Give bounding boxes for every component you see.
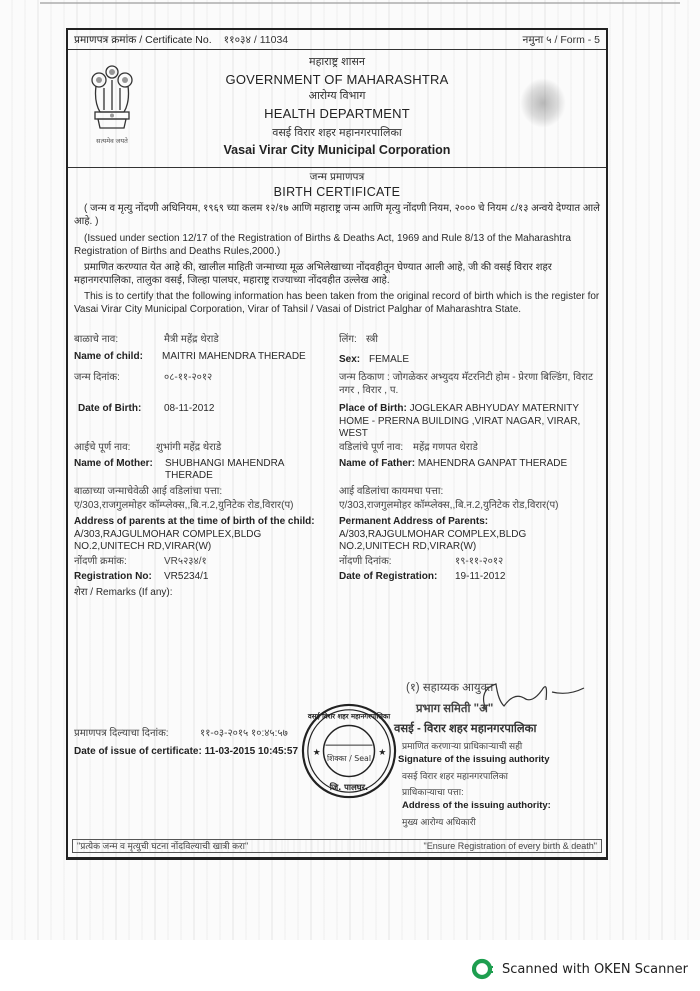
pob-label-marathi: जन्म ठिकाण : xyxy=(339,372,390,383)
authority-designation-marathi: (१) सहाय्यक आयुक्त xyxy=(406,682,493,695)
scanner-watermark: Scanned with OKEN Scanner xyxy=(472,958,688,980)
registration-number-value: VR5234/1 xyxy=(164,571,208,584)
svg-text:वसई विरार शहर महानगरपालिका: वसई विरार शहर महानगरपालिका xyxy=(307,712,391,721)
scanner-label: Scanned with OKEN Scanner xyxy=(502,962,688,977)
ward-committee-marathi: प्रभाग समिती "अ" xyxy=(416,703,493,716)
child-name-label: Name of child: xyxy=(74,351,143,364)
permanent-address-label: Permanent Address of Parents: xyxy=(339,516,488,529)
registration-date-value-marathi: १९-११-२०१२ xyxy=(455,556,503,569)
title-marathi: जन्म प्रमाणपत्र xyxy=(68,170,606,184)
authority-address-label-marathi: प्राधिकाऱ्याचा पत्ता: xyxy=(402,786,464,799)
father-name-value: MAHENDRA GANPAT THERADE xyxy=(418,458,567,469)
permanent-address-line1: A/303,RAJGULMOHAR COMPLEX,BLDG xyxy=(339,529,526,542)
sex-label-marathi: लिंग: xyxy=(339,334,357,347)
pob-marathi: जन्म ठिकाण : जोगळेकर अभ्युदय मॅटरनिटी हो… xyxy=(339,372,601,397)
dob-label: Date of Birth: xyxy=(78,403,141,416)
certificate-number-value: ११०३४ / 11034 xyxy=(224,33,288,47)
certificate-number-label: प्रमाणपत्र क्रमांक / Certificate No. xyxy=(74,33,212,47)
dob-value: 08-11-2012 xyxy=(164,403,214,416)
address-at-birth-label: Address of parents at the time of birth … xyxy=(74,516,315,529)
permanent-address-label-marathi: आई वडिलांचा कायमचा पत्ता: xyxy=(339,486,443,499)
sex-value-marathi: स्त्री xyxy=(366,334,378,347)
issue-date-value: 11-03-2015 10:45:57 xyxy=(205,746,298,757)
certify-statement-english: This is to certify that the following in… xyxy=(74,291,600,316)
authority-address-value-marathi: मुख्य आरोग्य अधिकारी xyxy=(402,816,476,829)
footer-slogan-band: "प्रत्येक जन्म व मृत्युची घटना नोंदविल्य… xyxy=(72,839,602,853)
father-name: Name of Father: MAHENDRA GANPAT THERADE xyxy=(339,458,567,471)
registration-number-value-marathi: VR५२३४/१ xyxy=(164,556,207,569)
dob-value-marathi: ०८-११-२०१२ xyxy=(164,372,212,385)
footer-slogan-marathi: "प्रत्येक जन्म व मृत्युची घटना नोंदविल्य… xyxy=(77,840,248,852)
authority-corporation-marathi-2: वसई विरार शहर महानगरपालिका xyxy=(402,770,508,783)
child-name-label-marathi: बाळाचे नाव: xyxy=(74,334,118,347)
signature-label: Signature of the issuing authority xyxy=(398,754,549,767)
government-name-marathi: महाराष्ट्र शासन xyxy=(68,54,606,71)
authority-corporation-marathi: वसई - विरार शहर महानगरपालिका xyxy=(394,723,536,736)
mother-name-value-marathi: शुभांगी महेंद्र थेराडे xyxy=(156,442,221,455)
svg-text:जि. पालघर.: जि. पालघर. xyxy=(329,782,368,792)
place-of-birth: Place of Birth: JOGLEKAR ABHYUDAY MATERN… xyxy=(339,403,603,441)
issued-under-marathi: ( जन्म व मृत्यु नोंदणी अधिनियम, १९६९ च्य… xyxy=(74,203,600,228)
issue-date-value-marathi: ११-०३-२०१५ १०:४५:५७ xyxy=(200,728,288,741)
registration-date-label: Date of Registration: xyxy=(339,571,437,584)
certificate-number-row: प्रमाणपत्र क्रमांक / Certificate No. ११०… xyxy=(68,30,606,50)
municipal-seal: शिक्का / Seal ★ ★ जि. पालघर. वसई विरार श… xyxy=(300,702,398,800)
svg-text:शिक्का / Seal: शिक्का / Seal xyxy=(327,753,371,763)
father-name-value-marathi: महेंद्र गणपत थेराडे xyxy=(413,442,478,455)
certify-statement-marathi: प्रमाणित करण्यात येत आहे की, खालील माहित… xyxy=(74,262,600,287)
father-name-label-marathi: वडिलांचे पूर्ण नाव: xyxy=(339,442,403,455)
signature-label-marathi: प्रमाणित करणाऱ्या प्राधिकाऱ्याची सही xyxy=(402,740,522,753)
svg-text:★: ★ xyxy=(378,748,386,758)
sex-value: FEMALE xyxy=(369,354,409,367)
certificate-header: सत्यमेव जयते महाराष्ट्र शासन GOVERNMENT … xyxy=(68,50,606,168)
child-name-value-marathi: मैत्री महेंद्र थेराडे xyxy=(164,334,219,347)
faded-stamp-mark xyxy=(520,78,566,128)
sex-label: Sex: xyxy=(339,354,360,367)
child-name-value: MAITRI MAHENDRA THERADE xyxy=(162,351,306,364)
registration-number-label-marathi: नोंदणी क्रमांक: xyxy=(74,556,127,569)
oken-scanner-logo-icon xyxy=(472,958,494,980)
issue-date-label-marathi: प्रमाणपत्र दिल्याचा दिनांक: xyxy=(74,728,169,741)
issue-date: Date of issue of certificate: 11-03-2015… xyxy=(74,746,298,759)
pob-label: Place of Birth: xyxy=(339,403,407,414)
issued-under-english: (Issued under section 12/17 of the Regis… xyxy=(74,233,600,258)
svg-text:★: ★ xyxy=(313,748,321,758)
birth-certificate: प्रमाणपत्र क्रमांक / Certificate No. ११०… xyxy=(66,28,608,860)
corporation-name-marathi: वसई विरार शहर महानगरपालिका xyxy=(68,125,606,142)
registration-date-label-marathi: नोंदणी दिनांक: xyxy=(339,556,392,569)
corporation-name: Vasai Virar City Municipal Corporation xyxy=(68,142,606,159)
mother-name-value-line1: SHUBHANGI MAHENDRA xyxy=(165,458,284,471)
issue-date-label: Date of issue of certificate: xyxy=(74,746,202,757)
registration-number-label: Registration No: xyxy=(74,571,152,584)
permanent-address-line2: NO.2,UNITECH RD,VIRAR(W) xyxy=(339,541,476,554)
address-at-birth-label-marathi: बाळाच्या जन्माचेवेळी आई वडिलांचा पत्ता: xyxy=(74,486,222,499)
remarks-label: शेरा / Remarks (If any): xyxy=(74,587,173,600)
authority-address-label: Address of the issuing authority: xyxy=(402,800,551,813)
mother-name-label: Name of Mother: xyxy=(74,458,153,471)
address-at-birth-line1: A/303,RAJGULMOHAR COMPLEX,BLDG xyxy=(74,529,261,542)
registration-date-value: 19-11-2012 xyxy=(455,571,505,584)
address-at-birth-value-marathi: ए/303,राजगुलमोहर कॉम्प्लेक्स,,बि.न.2,युन… xyxy=(74,500,294,513)
permanent-address-value-marathi: ए/303,राजगुलमोहर कॉम्प्लेक्स,,बि.न.2,युन… xyxy=(339,500,559,513)
paper-top-edge xyxy=(40,2,680,4)
address-at-birth-line2: NO.2,UNITECH RD,VIRAR(W) xyxy=(74,541,211,554)
certificate-title: जन्म प्रमाणपत्र BIRTH CERTIFICATE xyxy=(68,170,606,200)
mother-name-label-marathi: आईचे पूर्ण नाव: xyxy=(74,442,130,455)
dob-label-marathi: जन्म दिनांक: xyxy=(74,372,120,385)
form-number: नमुना ५ / Form - 5 xyxy=(523,33,600,47)
mother-name-value-line2: THERADE xyxy=(165,470,213,483)
father-name-label: Name of Father: xyxy=(339,458,415,469)
title-english: BIRTH CERTIFICATE xyxy=(68,184,606,200)
footer-slogan-english: "Ensure Registration of every birth & de… xyxy=(424,840,597,852)
